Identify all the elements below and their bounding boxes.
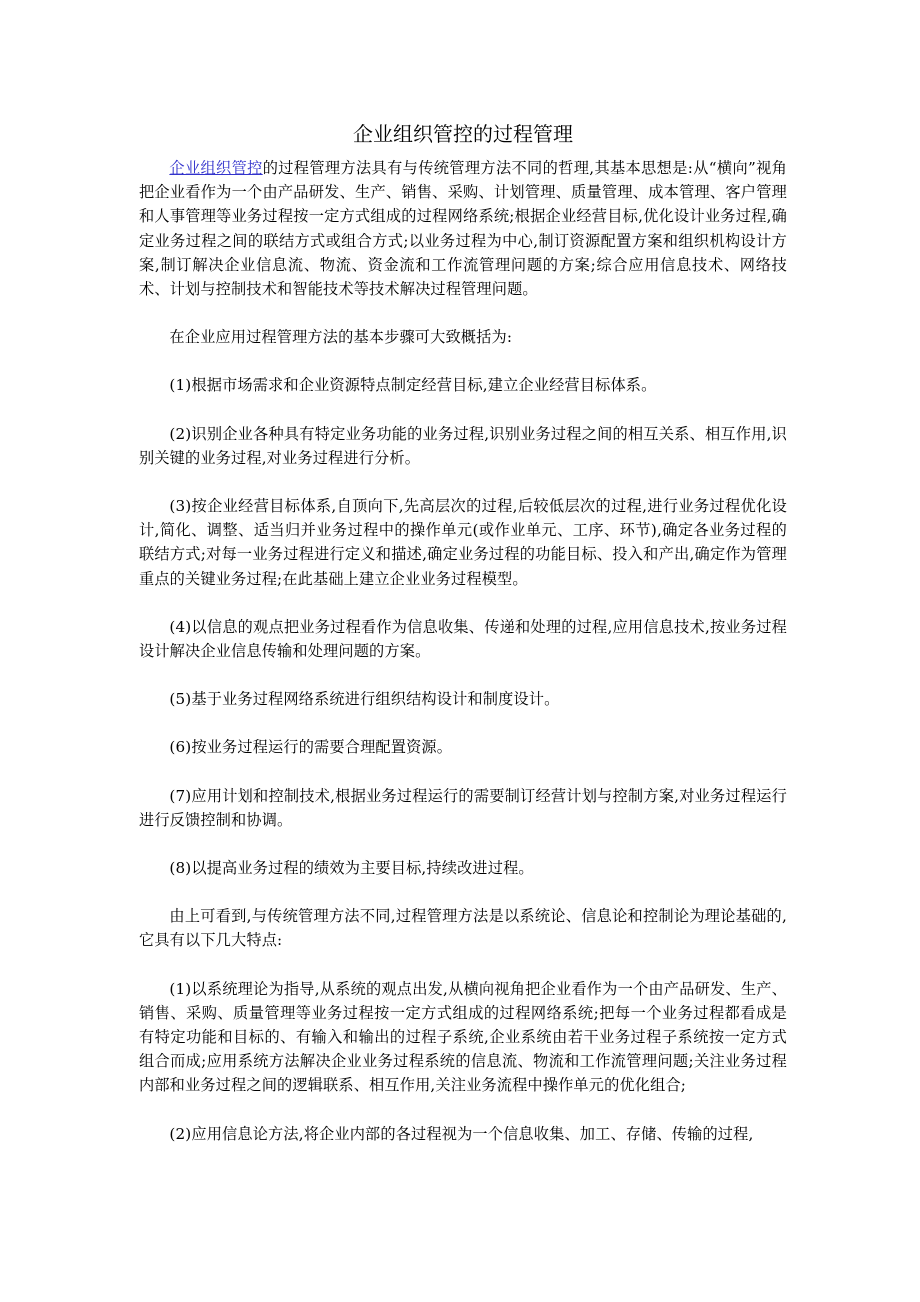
steps-intro-paragraph: 在企业应用过程管理方法的基本步骤可大致概括为: bbox=[139, 325, 787, 349]
paragraph-gap bbox=[139, 349, 787, 373]
step-paragraph: (7)应用计划和控制技术,根据业务过程运行的需要制订经营计划与控制方案,对业务过… bbox=[139, 784, 787, 832]
step-paragraph: (8)以提高业务过程的绩效为主要目标,持续改进过程。 bbox=[139, 856, 787, 880]
paragraph-gap bbox=[139, 398, 787, 422]
paragraph-gap bbox=[139, 711, 787, 735]
step-paragraph: (6)按业务过程运行的需要合理配置资源。 bbox=[139, 735, 787, 759]
intro-paragraph: 企业组织管控的过程管理方法具有与传统管理方法不同的哲理,其基本思想是:从“横向”… bbox=[139, 156, 787, 301]
features-intro-paragraph: 由上可看到,与传统管理方法不同,过程管理方法是以系统论、信息论和控制论为理论基础… bbox=[139, 904, 787, 952]
document-page: 企业组织管控的过程管理 企业组织管控的过程管理方法具有与传统管理方法不同的哲理,… bbox=[139, 118, 787, 1146]
feature-paragraph: (1)以系统理论为指导,从系统的观点出发,从横向视角把企业看作为一个由产品研发、… bbox=[139, 977, 787, 1098]
paragraph-gap bbox=[139, 470, 787, 494]
paragraph-gap bbox=[139, 591, 787, 615]
paragraph-gap bbox=[139, 832, 787, 856]
paragraph-gap bbox=[139, 760, 787, 784]
intro-text: 的过程管理方法具有与传统管理方法不同的哲理,其基本思想是:从“横向”视角把企业看… bbox=[139, 159, 787, 298]
step-paragraph: (3)按企业经营目标体系,自顶向下,先高层次的过程,后较低层次的过程,进行业务过… bbox=[139, 494, 787, 591]
paragraph-gap bbox=[139, 663, 787, 687]
paragraph-gap bbox=[139, 1098, 787, 1122]
step-paragraph: (4)以信息的观点把业务过程看作为信息收集、传递和处理的过程,应用信息技术,按业… bbox=[139, 615, 787, 663]
paragraph-gap bbox=[139, 953, 787, 977]
document-title: 企业组织管控的过程管理 bbox=[139, 118, 787, 150]
enterprise-control-link[interactable]: 企业组织管控 bbox=[169, 159, 262, 177]
step-paragraph: (5)基于业务过程网络系统进行组织结构设计和制度设计。 bbox=[139, 687, 787, 711]
step-paragraph: (2)识别企业各种具有特定业务功能的业务过程,识别业务过程之间的相互关系、相互作… bbox=[139, 422, 787, 470]
paragraph-gap bbox=[139, 301, 787, 325]
feature-paragraph: (2)应用信息论方法,将企业内部的各过程视为一个信息收集、加工、存储、传输的过程… bbox=[139, 1122, 787, 1146]
step-paragraph: (1)根据市场需求和企业资源特点制定经营目标,建立企业经营目标体系。 bbox=[139, 373, 787, 397]
paragraph-gap bbox=[139, 880, 787, 904]
